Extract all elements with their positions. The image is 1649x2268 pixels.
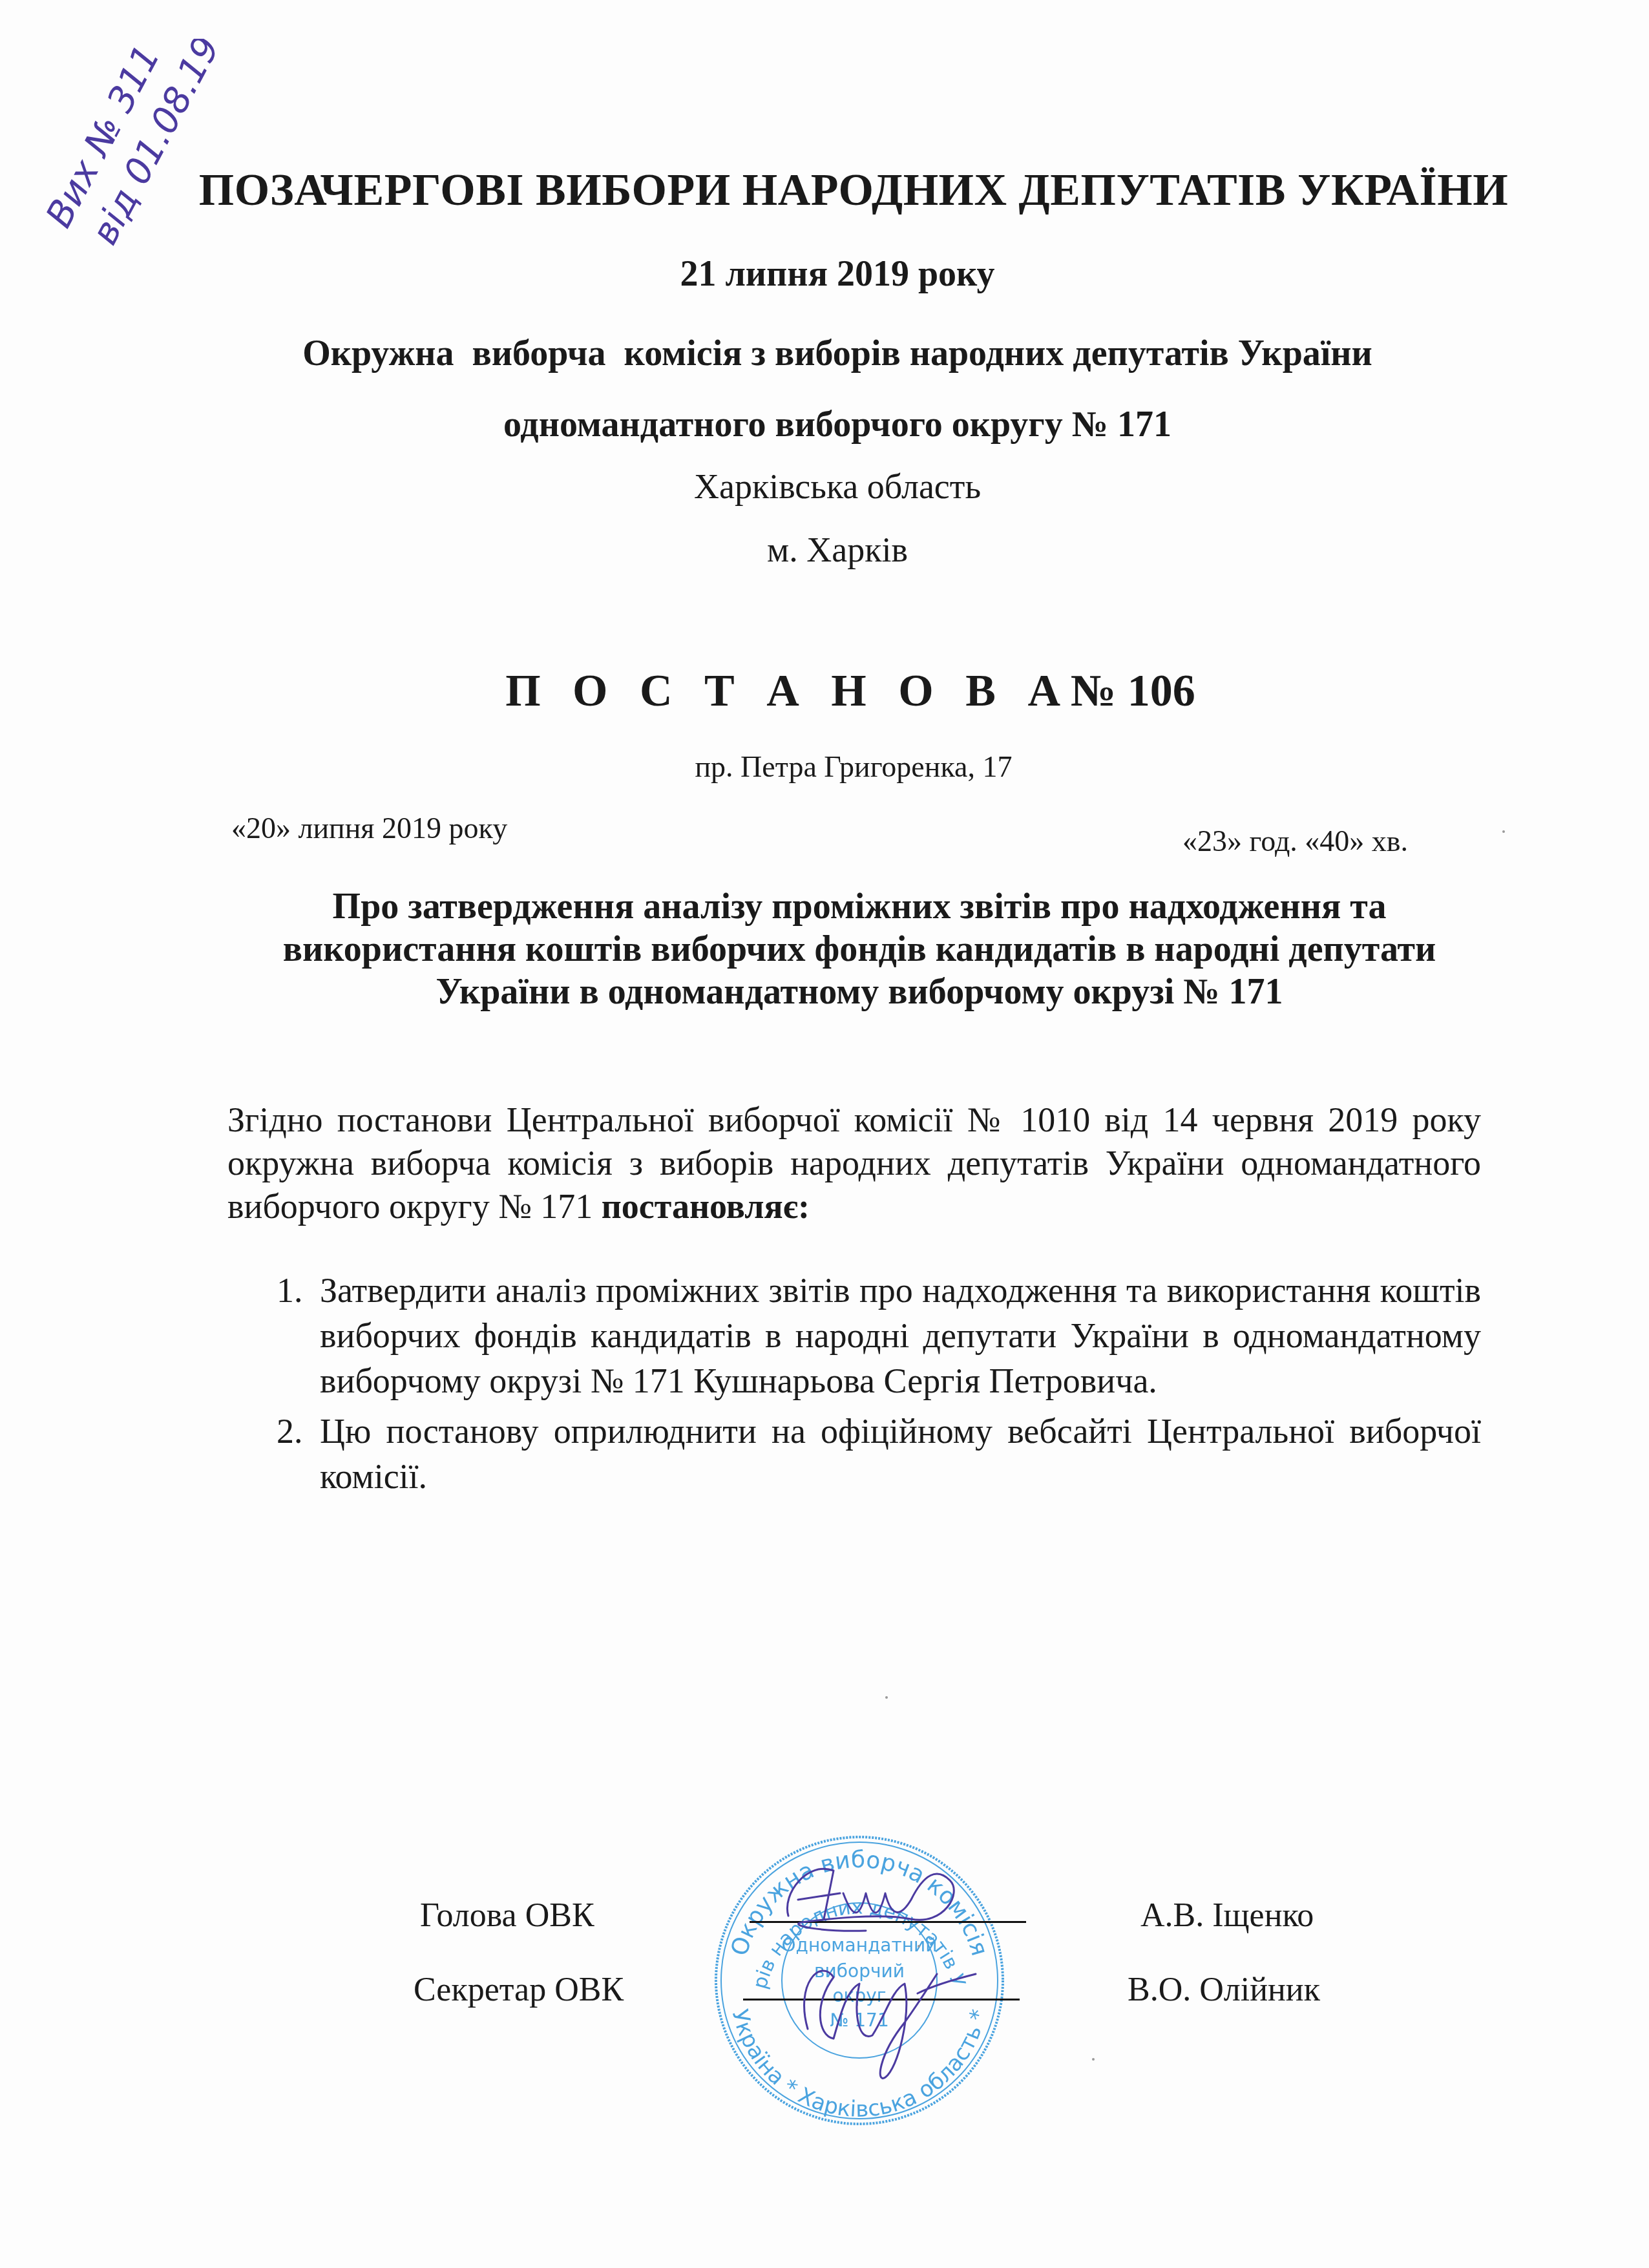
decision-number: 1.: [277, 1268, 303, 1313]
decision-item: 1. Затвердити аналіз проміжних звітів пр…: [277, 1268, 1481, 1403]
decision-list: 1. Затвердити аналіз проміжних звітів пр…: [277, 1268, 1481, 1504]
decree-title-word: П О С Т А Н О В А: [505, 666, 1071, 716]
decree-subject: Про затвердження аналізу проміжних звіті…: [246, 885, 1473, 1013]
region: Харківська область: [0, 467, 1649, 507]
scan-speck: [1092, 2058, 1095, 2061]
decision-text: Цю постанову оприлюднити на офіційному в…: [320, 1412, 1481, 1496]
commission-name-line2: одномандатного виборчого округу № 171: [0, 404, 1649, 445]
secretary-label: Секретар ОВК: [414, 1971, 624, 2009]
chair-label: Голова ОВК: [420, 1896, 594, 1935]
decision-item: 2. Цю постанову оприлюднити на офіційном…: [277, 1409, 1481, 1499]
handwritten-signatures: [762, 1854, 1021, 2087]
decision-text: Затвердити аналіз проміжних звітів про н…: [320, 1271, 1481, 1400]
scan-speck: [885, 1696, 888, 1699]
city: м. Харків: [0, 530, 1649, 570]
preamble-paragraph: Згідно постанови Центральної виборчої ко…: [227, 1098, 1481, 1228]
address: пр. Петра Григоренка, 17: [0, 750, 1649, 784]
election-title: ПОЗАЧЕРГОВІ ВИБОРИ НАРОДНИХ ДЕПУТАТІВ УК…: [0, 165, 1649, 216]
scan-speck: [918, 1945, 920, 1948]
commission-name-line1: Окружна виборча комісія з виборів народн…: [0, 333, 1649, 374]
secretary-name: В.О. Олійник: [1128, 1971, 1320, 2009]
scan-speck: [1502, 830, 1505, 833]
preamble-resolves: постановляє:: [602, 1187, 810, 1226]
decree-date: «20» липня 2019 року: [231, 811, 507, 845]
decree-number: № 106: [1071, 666, 1195, 716]
decree-title: П О С Т А Н О В А№ 106: [0, 666, 1649, 717]
decree-time: «23» год. «40» хв.: [1182, 824, 1408, 858]
preamble-text: Згідно постанови Центральної виборчої ко…: [227, 1100, 1481, 1226]
decision-number: 2.: [277, 1409, 303, 1454]
document-page: Вих № 311 від 01.08.19 ПОЗАЧЕРГОВІ ВИБОР…: [0, 0, 1649, 2268]
election-date: 21 липня 2019 року: [0, 253, 1649, 295]
chair-name: А.В. Іщенко: [1140, 1896, 1314, 1935]
